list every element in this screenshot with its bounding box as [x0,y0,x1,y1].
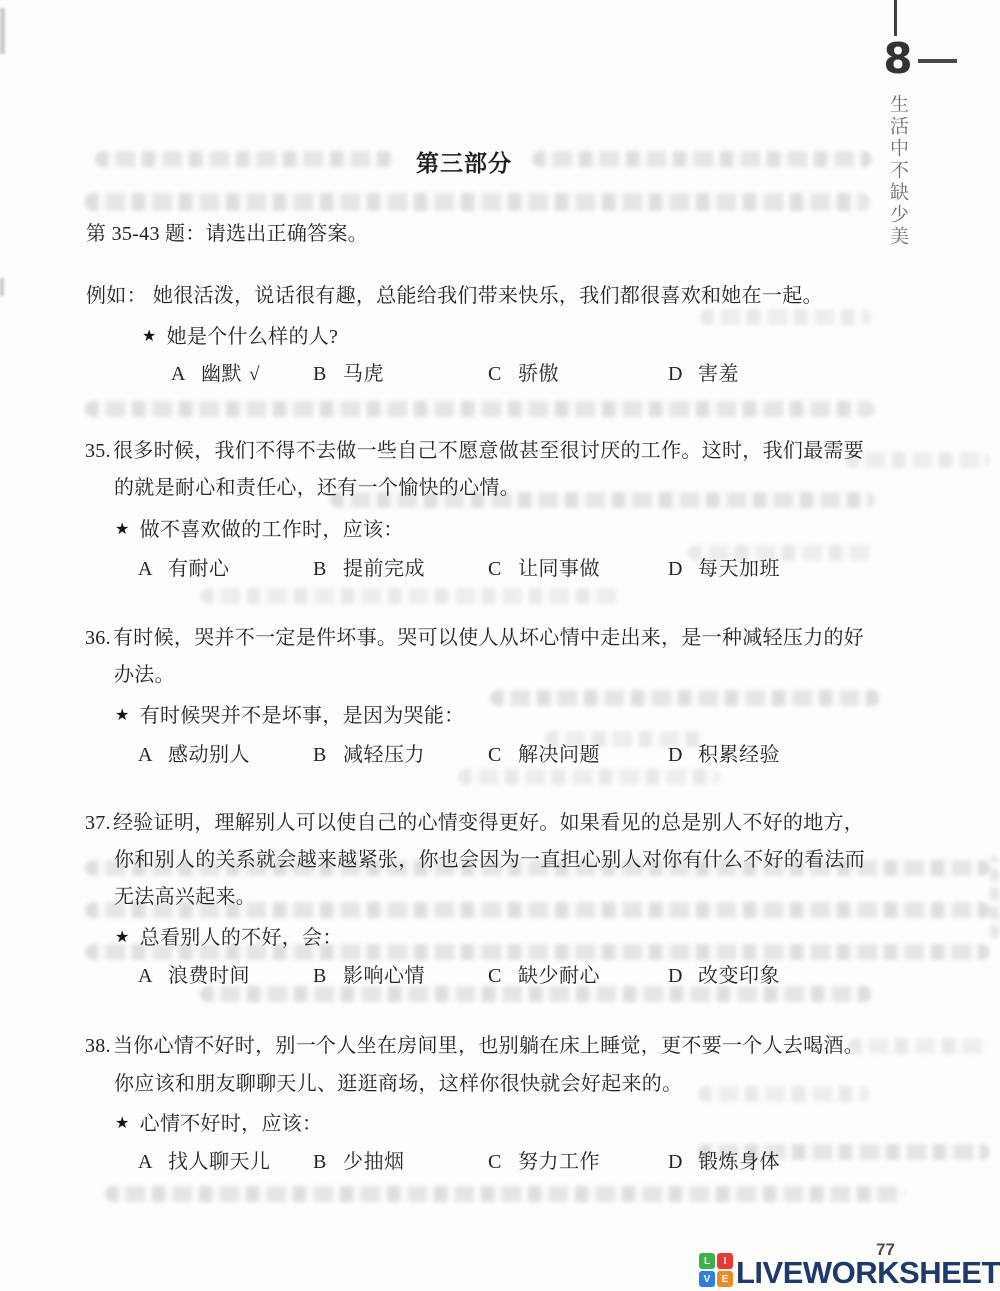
question-36-option-b[interactable]: B减轻压力 [313,738,425,767]
option-letter: A [138,558,168,581]
prompt-text: 做不喜欢做的工作时，应该： [140,519,404,541]
option-letter: D [668,1151,698,1174]
passage-text: 经验证明，理解别人可以使自己的心情变得更好。如果看见的总是别人不好的地方， [113,812,864,834]
section-title: 第三部分 [416,145,512,178]
question-35-line-2: 的就是耐心和责任心，还有一个愉快的心情。 [114,471,520,500]
option-letter: C [488,558,518,581]
option-text: 缺少耐心 [518,965,600,987]
question-37-option-b[interactable]: B影响心情 [313,959,425,988]
option-text: 锻炼身体 [698,1151,780,1173]
option-text: 解决问题 [518,744,600,766]
bleed-through-smudge [95,151,395,167]
option-letter: B [313,1151,343,1174]
bleed-through-smudge [200,588,620,604]
question-number: 37. [85,812,113,835]
chapter-number: 8 [876,36,920,82]
prompt-text: 有时候哭并不是坏事，是因为哭能： [140,705,465,727]
question-38-option-c[interactable]: C努力工作 [488,1145,600,1174]
question-35-line-1: 35.很多时候，我们不得不去做一些自己不愿意做甚至很讨厌的工作。这时，我们最需要 [85,434,864,463]
star-icon: ★ [115,707,130,724]
prompt-text: 总看别人的不好，会： [140,927,343,949]
star-icon: ★ [115,929,130,946]
option-letter: A [171,363,201,386]
question-number: 36. [85,627,113,650]
logo-tile-e: E [717,1271,733,1287]
option-text: 有耐心 [168,558,230,580]
liveworksheets-logo[interactable]: L I V E [699,1253,733,1287]
bleed-through-smudge [990,856,999,938]
option-letter: B [313,363,343,386]
option-letter: C [488,363,518,386]
bleed-through-smudge [845,452,990,468]
question-35-option-d[interactable]: D每天加班 [668,552,780,581]
option-text: 改变印象 [698,965,780,987]
option-letter: A [138,1151,168,1174]
option-text: 提前完成 [343,558,425,580]
question-37-option-c[interactable]: C缺少耐心 [488,959,600,988]
example-option-b[interactable]: B马虎 [313,357,384,386]
example-question: ★她是个什么样的人? [142,320,338,349]
question-38-line-1: 38.当你心情不好时，别一个人坐在房间里，也别躺在床上睡觉，更不要一个人去喝酒。 [85,1029,864,1058]
option-letter: A [138,744,168,767]
question-37-option-d[interactable]: D改变印象 [668,959,780,988]
chapter-tab-dash [918,59,957,63]
page-edge-speck [0,278,4,296]
bleed-through-smudge [105,1186,905,1202]
question-number: 35. [85,440,113,463]
question-36-option-d[interactable]: D积累经验 [668,738,780,767]
chapter-tab-rule [894,0,897,36]
page-edge-speck [0,8,5,54]
example-passage-text: 她很活泼，说话很有趣，总能给我们带来快乐，我们都很喜欢和她在一起。 [153,285,823,307]
star-icon: ★ [142,328,157,345]
chapter-vertical-title: 生活中不缺少美 [884,94,911,248]
question-38-prompt: ★心情不好时，应该： [115,1107,322,1136]
star-icon: ★ [115,1115,130,1132]
question-35-option-c[interactable]: C让同事做 [488,552,600,581]
question-35-option-b[interactable]: B提前完成 [313,552,425,581]
question-35-options-row: A有耐心 B提前完成 C让同事做 D每天加班 [0,552,1000,582]
example-label: 例如： [86,285,147,307]
bleed-through-smudge [85,193,870,211]
option-text: 幽默 [201,363,242,385]
question-38-line-2: 你应该和朋友聊聊天儿、逛逛商场，这样你很快就会好起来的。 [114,1067,682,1096]
option-text: 感动别人 [168,744,250,766]
liveworksheets-wordmark[interactable]: LIVEWORKSHEETS [736,1255,1000,1291]
option-letter: D [668,558,698,581]
question-36-prompt: ★有时候哭并不是坏事，是因为哭能： [115,699,464,728]
question-38-option-b[interactable]: B少抽烟 [313,1145,405,1174]
question-36-line-1: 36.有时候，哭并不一定是件坏事。哭可以使人从坏心情中走出来，是一种减轻压力的好 [85,621,864,650]
bleed-through-smudge [490,690,880,706]
example-options-row: A幽默√ B马虎 C骄傲 D害羞 [0,357,1000,387]
bleed-through-smudge [698,1086,870,1102]
star-icon: ★ [115,521,130,538]
option-letter: D [668,965,698,988]
question-36-option-a[interactable]: A感动别人 [138,738,250,767]
question-36-option-c[interactable]: C解决问题 [488,738,600,767]
option-text: 浪费时间 [168,965,250,987]
logo-tile-i: I [717,1253,733,1269]
option-letter: D [668,744,698,767]
question-35-prompt: ★做不喜欢做的工作时，应该： [115,513,404,542]
question-38-option-a[interactable]: A找人聊天儿 [138,1145,271,1174]
option-text: 马虎 [343,363,384,385]
instructions: 第 35-43 题：请选出正确答案。 [86,217,368,246]
question-number: 38. [85,1035,113,1058]
option-text: 少抽烟 [343,1151,405,1173]
worksheet-page: 8 生活中不缺少美 第三部分 第 35-43 题：请选出正确答案。 例如：她很活… [0,0,1000,1291]
bleed-through-smudge [458,769,720,785]
option-letter: C [488,1151,518,1174]
option-text: 害羞 [698,363,739,385]
question-37-options-row: A浪费时间 B影响心情 C缺少耐心 D改变印象 [0,959,1000,989]
logo-tile-l: L [699,1253,715,1269]
option-letter: B [313,558,343,581]
bleed-through-smudge [85,401,875,417]
option-text: 积累经验 [698,744,780,766]
option-text: 每天加班 [698,558,780,580]
question-37-line-3: 无法高兴起来。 [114,880,256,909]
option-text: 骄傲 [518,363,559,385]
passage-text: 很多时候，我们不得不去做一些自己不愿意做甚至很讨厌的工作。这时，我们最需要 [113,440,864,462]
example-option-d[interactable]: D害羞 [668,357,739,386]
question-37-prompt: ★总看别人的不好，会： [115,921,343,950]
question-38-option-d[interactable]: D锻炼身体 [668,1145,780,1174]
option-letter: D [668,363,698,386]
example-passage: 例如：她很活泼，说话很有趣，总能给我们带来快乐，我们都很喜欢和她在一起。 [86,279,823,308]
option-letter: B [313,965,343,988]
option-text: 找人聊天儿 [168,1151,271,1173]
option-letter: C [488,744,518,767]
question-36-line-2: 办法。 [114,658,175,687]
question-37-line-1: 37.经验证明，理解别人可以使自己的心情变得更好。如果看见的总是别人不好的地方， [85,806,864,835]
example-question-text: 她是个什么样的人? [167,326,339,348]
passage-text: 有时候，哭并不一定是件坏事。哭可以使人从坏心情中走出来，是一种减轻压力的好 [113,627,864,649]
bleed-through-smudge [700,309,872,325]
option-letter: A [138,965,168,988]
bleed-through-smudge [848,1038,988,1054]
checkmark-icon: √ [249,364,259,385]
question-36-options-row: A感动别人 B减轻压力 C解决问题 D积累经验 [0,738,1000,768]
option-text: 努力工作 [518,1151,600,1173]
option-letter: B [313,744,343,767]
question-37-option-a[interactable]: A浪费时间 [138,959,250,988]
prompt-text: 心情不好时，应该： [140,1113,323,1135]
example-option-c[interactable]: C骄傲 [488,357,559,386]
option-text: 影响心情 [343,965,425,987]
example-option-a[interactable]: A幽默√ [171,357,259,386]
question-38-options-row: A找人聊天儿 B少抽烟 C努力工作 D锻炼身体 [0,1145,1000,1175]
question-37-line-2: 你和别人的关系就会越来越紧张，你也会因为一直担心别人对你有什么不好的看法而 [114,843,865,872]
passage-text: 当你心情不好时，别一个人坐在房间里，也别躺在床上睡觉，更不要一个人去喝酒。 [113,1035,864,1057]
logo-tile-v: V [699,1271,715,1287]
option-text: 让同事做 [518,558,600,580]
option-text: 减轻压力 [343,744,425,766]
option-letter: C [488,965,518,988]
bleed-through-smudge [532,151,872,167]
question-35-option-a[interactable]: A有耐心 [138,552,230,581]
